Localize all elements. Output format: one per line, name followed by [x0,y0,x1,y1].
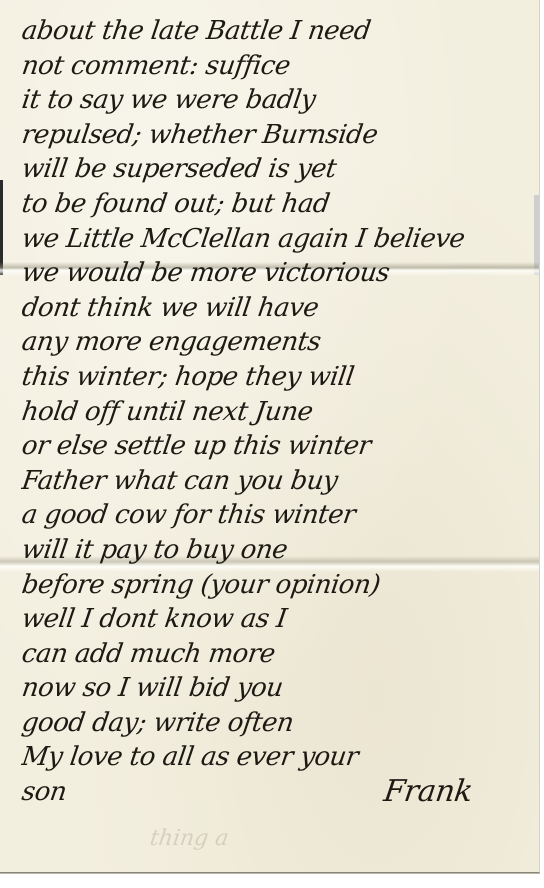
letter-line: before spring (your opinion) [20,568,530,603]
letter-line: dont think we will have [20,291,530,326]
letter-line: a good cow for this winter [20,498,530,533]
letter-line: well I dont know as I [20,602,530,637]
letter-line: or else settle up this winter [20,429,530,464]
letter-line: we Little McClellan again I believe [20,222,530,257]
letter-line: will it pay to buy one [20,533,530,568]
letter-line: any more engagements [20,325,530,360]
letter-line: about the late Battle I need [20,14,530,49]
letter-line: to be found out; but had [20,187,530,222]
letter-line: we would be more victorious [20,256,530,291]
letter-line: Father what can you buy [20,464,530,499]
letter-line: hold off until next June [20,395,530,430]
letter-body: about the late Battle I need not comment… [22,14,527,810]
letter-line: good day; write often [20,706,530,741]
letter-line: it to say we were badly [20,83,530,118]
closing-line: son Frank [20,775,530,810]
letter-line: can add much more [20,637,530,672]
letter-line: not comment: suffice [20,49,530,84]
letter-line: this winter; hope they will [20,360,530,395]
closing-word: son [20,775,69,810]
letter-line: now so I will bid you [20,671,530,706]
letter-page: about the late Battle I need not comment… [0,0,540,873]
signature: Frank [382,775,475,810]
ink-show-through: thing a [148,826,230,851]
letter-line: will be superseded is yet [20,152,530,187]
letter-line: My love to all as ever your [20,740,530,775]
page-edge-shadow [0,180,3,275]
letter-line: repulsed; whether Burnside [20,118,530,153]
